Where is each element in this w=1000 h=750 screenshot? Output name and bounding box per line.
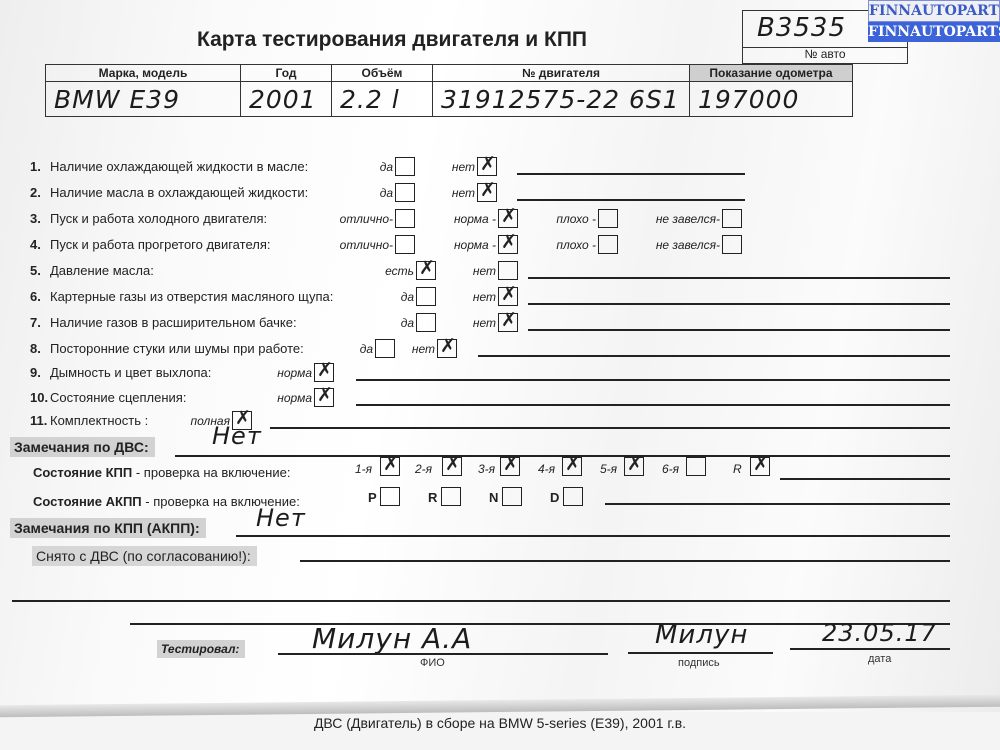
question-text: Наличие охлаждающей жидкости в масле: <box>50 159 308 174</box>
gear-checkbox[interactable]: ✗ <box>380 457 400 476</box>
option-label: норма <box>210 366 312 380</box>
option-label: нет <box>395 290 496 304</box>
gear-label: R <box>733 462 742 476</box>
col-year: Год <box>241 65 332 82</box>
question-row: 7.Наличие газов в расширительном бачке: <box>30 315 297 330</box>
question-text: Наличие газов в расширительном бачке: <box>50 315 297 330</box>
date-caption: дата <box>868 653 891 665</box>
option-label: нет <box>340 342 435 356</box>
year-value: 2001 <box>241 82 332 117</box>
question-number: 7. <box>30 315 50 330</box>
form-title: Карта тестирования двигателя и КПП <box>197 28 587 52</box>
question-text: Состояние сцепления: <box>50 390 186 405</box>
image-caption: ДВС (Двигатель) в сборе на BMW 5-series … <box>0 715 1000 731</box>
check-mark-icon: ✗ <box>478 179 498 201</box>
question-text: Посторонние стуки или шумы при работе: <box>50 341 304 356</box>
option-label: нет <box>380 186 475 200</box>
watermark-logo: FINNAUTOPARTS FINNAUTOPARTS <box>868 0 1000 42</box>
gearbox-remarks-label: Замечания по КПП (АКПП): <box>10 518 206 538</box>
gear-checkbox[interactable] <box>502 487 522 506</box>
gear-checkbox[interactable]: ✗ <box>500 457 520 476</box>
removed-label: Снято с ДВС (по согласованию!): <box>32 546 257 566</box>
check-mark-icon: ✗ <box>315 384 335 406</box>
gear-checkbox[interactable]: ✗ <box>562 457 582 476</box>
option-checkbox[interactable] <box>498 261 518 280</box>
signature-line <box>628 652 773 654</box>
gear-label: N <box>489 490 498 505</box>
gear-checkbox[interactable] <box>563 487 583 506</box>
question-row: 6.Картерные газы из отверстия масляного … <box>30 289 333 304</box>
gear-label: 2-я <box>415 462 432 476</box>
col-odometer: Показание одометра <box>690 65 853 82</box>
answer-line <box>528 277 950 279</box>
question-row: 2.Наличие масла в охлаждающей жидкости: <box>30 185 308 200</box>
question-row: 9.Дымность и цвет выхлопа: <box>30 365 211 380</box>
volume-value: 2.2 l <box>332 82 433 117</box>
question-number: 3. <box>30 211 50 226</box>
engine-remarks-label: Замечания по ДВС: <box>10 437 155 457</box>
auto-number-value: B3535 <box>757 13 846 43</box>
check-mark-icon: ✗ <box>563 453 583 475</box>
option-label: норма - <box>370 238 496 252</box>
question-text: Дымность и цвет выхлопа: <box>50 365 211 380</box>
check-mark-icon: ✗ <box>478 153 498 175</box>
question-number: 5. <box>30 263 50 278</box>
gear-label: P <box>368 490 377 505</box>
check-mark-icon: ✗ <box>625 453 645 475</box>
option-checkbox[interactable]: ✗ <box>477 183 497 202</box>
question-row: 8.Посторонние стуки или шумы при работе: <box>30 341 304 356</box>
odometer-value: 197000 <box>690 82 853 117</box>
question-row: 10.Состояние сцепления: <box>30 390 186 405</box>
engine-remarks-value: Нет <box>212 422 262 450</box>
gear-checkbox[interactable] <box>441 487 461 506</box>
gear-checkbox[interactable] <box>686 457 706 476</box>
gear-label: 3-я <box>478 462 495 476</box>
tester-signature: Милун <box>655 620 748 650</box>
question-row: 4.Пуск и работа прогретого двигателя: <box>30 237 270 252</box>
option-label: нет <box>400 264 496 278</box>
gear-label: 1-я <box>355 462 372 476</box>
name-line <box>278 653 608 655</box>
make-model-value: BMW E39 <box>46 82 241 117</box>
question-row: 1.Наличие охлаждающей жидкости в масле: <box>30 159 308 174</box>
question-number: 6. <box>30 289 50 304</box>
col-make-model: Марка, модель <box>46 65 241 82</box>
gear-checkbox[interactable]: ✗ <box>750 457 770 476</box>
col-engine-number: № двигателя <box>433 65 690 82</box>
check-mark-icon: ✗ <box>499 283 519 305</box>
manual-gearbox-line <box>780 478 950 480</box>
question-text: Пуск и работа прогретого двигателя: <box>50 237 270 252</box>
question-text: Давление масла: <box>50 263 154 278</box>
auto-number-label: № авто <box>742 47 908 64</box>
auto-gearbox-line <box>605 503 950 505</box>
question-number: 2. <box>30 185 50 200</box>
option-checkbox[interactable]: ✗ <box>314 388 334 407</box>
question-number: 9. <box>30 365 50 380</box>
option-checkbox[interactable]: ✗ <box>437 339 457 358</box>
check-mark-icon: ✗ <box>438 335 458 357</box>
gear-checkbox[interactable]: ✗ <box>442 457 462 476</box>
option-checkbox[interactable] <box>722 209 742 228</box>
gear-label: R <box>428 490 437 505</box>
option-checkbox[interactable]: ✗ <box>314 363 334 382</box>
question-row: 5.Давление масла: <box>30 263 154 278</box>
option-label: не завелся- <box>580 238 720 252</box>
option-label: нет <box>380 160 475 174</box>
option-checkbox[interactable]: ✗ <box>477 157 497 176</box>
answer-line <box>517 173 745 175</box>
gearbox-remarks-line <box>236 535 950 537</box>
question-number: 10. <box>30 390 50 405</box>
gear-label: 4-я <box>538 462 555 476</box>
gear-checkbox[interactable]: ✗ <box>624 457 644 476</box>
removed-line <box>300 560 950 562</box>
scanned-form-sheet: Карта тестирования двигателя и КПП B3535… <box>0 0 1000 712</box>
gearbox-remarks-value: Нет <box>256 504 306 532</box>
name-caption: ФИО <box>420 657 445 669</box>
option-label: норма <box>210 391 312 405</box>
signature-caption: подпись <box>678 657 720 669</box>
question-number: 1. <box>30 159 50 174</box>
option-checkbox[interactable]: ✗ <box>498 313 518 332</box>
question-number: 8. <box>30 341 50 356</box>
tester-name: Милун А.А <box>312 622 472 655</box>
answer-line <box>517 199 745 201</box>
tested-by-label: Тестировал: <box>157 640 245 658</box>
gear-checkbox[interactable] <box>380 487 400 506</box>
check-mark-icon: ✗ <box>315 359 335 381</box>
gear-label: 5-я <box>600 462 617 476</box>
gear-label: D <box>550 490 559 505</box>
answer-line <box>528 303 950 305</box>
gear-label: 6-я <box>662 462 679 476</box>
option-label: норма - <box>370 212 496 226</box>
question-number: 11. <box>30 413 50 428</box>
test-date: 23.05.17 <box>822 619 937 647</box>
option-checkbox[interactable]: ✗ <box>498 287 518 306</box>
check-mark-icon: ✗ <box>381 453 401 475</box>
option-label: не завелся- <box>580 212 720 226</box>
answer-line <box>356 404 950 406</box>
date-line <box>790 648 950 650</box>
sheet-edge <box>0 695 1000 717</box>
manual-gearbox-label: Состояние КПП - проверка на включение: <box>33 465 290 480</box>
option-label: нет <box>395 316 496 330</box>
answer-line <box>270 427 950 429</box>
question-text: Наличие масла в охлаждающей жидкости: <box>50 185 308 200</box>
question-text: Пуск и работа холодного двигателя: <box>50 211 267 226</box>
removed-line-2 <box>12 600 950 602</box>
check-mark-icon: ✗ <box>443 453 463 475</box>
check-mark-icon: ✗ <box>499 309 519 331</box>
option-checkbox[interactable] <box>722 235 742 254</box>
question-text: Картерные газы из отверстия масляного щу… <box>50 289 333 304</box>
col-volume: Объём <box>332 65 433 82</box>
answer-line <box>356 379 950 381</box>
engine-number-value: 31912575-22 6S1 <box>433 82 690 117</box>
vehicle-header-table: Марка, модель Год Объём № двигателя Пока… <box>45 64 853 117</box>
question-row: 3.Пуск и работа холодного двигателя: <box>30 211 267 226</box>
check-mark-icon: ✗ <box>501 453 521 475</box>
answer-line <box>528 329 950 331</box>
question-number: 4. <box>30 237 50 252</box>
answer-line <box>478 355 950 357</box>
check-mark-icon: ✗ <box>751 453 771 475</box>
